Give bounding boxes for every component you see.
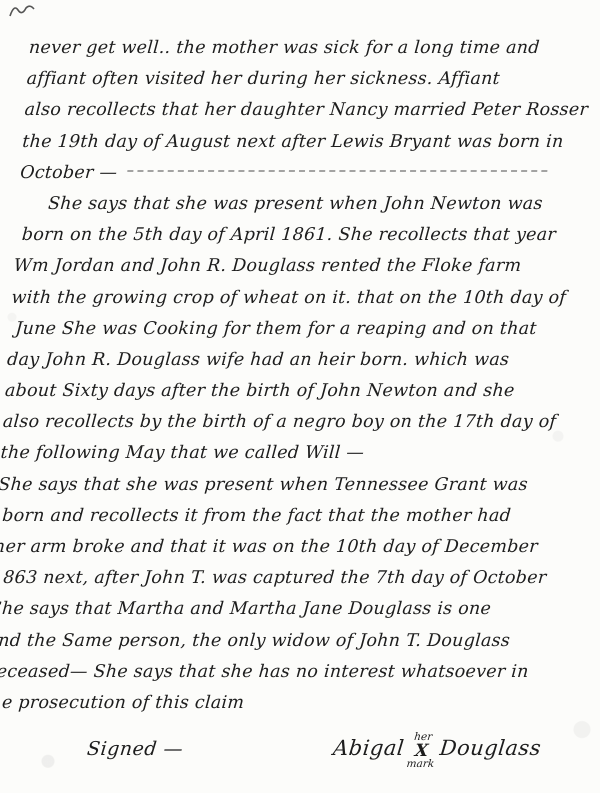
line-text: day John R. Douglass wife had an heir bo… — [6, 350, 510, 370]
line-text: born and recollects it from the fact tha… — [2, 506, 512, 526]
scanned-document-page: never get well.. the mother was sick for… — [0, 0, 600, 793]
handwritten-line: the 19th day of August next after Lewis … — [21, 127, 579, 158]
dashed-rule — [127, 169, 547, 172]
line-text: She says that Martha and Martha Jane Dou… — [0, 599, 492, 619]
mark-word-below: mark — [406, 759, 435, 770]
signature: Abigal her X mark Douglass — [332, 722, 544, 760]
signature-row: Signed — Abigal her X mark Douglass — [28, 722, 588, 760]
line-text: also recollects that her daughter Nancy … — [24, 100, 589, 120]
line-text: deceased— She says that she has no inter… — [0, 662, 529, 682]
x-mark-symbol: X — [414, 743, 429, 759]
line-text: and the Same person, the only widow of J… — [0, 631, 511, 651]
line-text: the following May that we called Will — — [0, 443, 365, 463]
signed-label: Signed — — [86, 738, 184, 760]
line-text: born on the 5th day of April 1861. She r… — [21, 225, 557, 245]
line-text: June She was Cooking for them for a reap… — [15, 319, 538, 339]
line-text: affiant often visited her during her sic… — [26, 69, 501, 89]
handwritten-line: also recollects that her daughter Nancy … — [23, 95, 581, 126]
line-text: the 19th day of August next after Lewis … — [22, 132, 564, 152]
line-text: the prosecution of this claim — [0, 693, 245, 713]
handwritten-line: October — — [19, 158, 577, 189]
ink-scribble-mark — [8, 2, 42, 20]
signature-last-name: Douglass — [439, 736, 543, 760]
line-text: 1863 next, after John T. was captured th… — [0, 568, 547, 588]
handwritten-line: never get well.. the mother was sick for… — [28, 33, 586, 64]
line-text: also recollects by the birth of a negro … — [2, 412, 557, 432]
handwritten-line: and the Same person, the only widow of J… — [0, 626, 545, 657]
handwritten-line: also recollects by the birth of a negro … — [2, 407, 560, 438]
handwritten-line: deceased— She says that she has no inter… — [0, 657, 542, 688]
handwritten-line: She says that she was present when Tenne… — [0, 470, 555, 501]
handwritten-line: with the growing crop of wheat on it. th… — [10, 283, 568, 314]
handwritten-line: about Sixty days after the birth of John… — [4, 376, 562, 407]
handwritten-line: She says that she was present when John … — [17, 189, 575, 220]
line-text: with the growing crop of wheat on it. th… — [11, 288, 567, 308]
handwritten-line: day John R. Douglass wife had an heir bo… — [6, 345, 564, 376]
handwritten-text-block: never get well.. the mother was sick for… — [0, 33, 586, 719]
handwritten-line: the prosecution of this claim — [0, 688, 540, 719]
handwritten-line: Wm Jordan and John R. Douglass rented th… — [13, 251, 571, 282]
line-text: October — — [20, 163, 118, 183]
line-text: She says that she was present when Tenne… — [0, 475, 529, 495]
line-text: her arm broke and that it was on the 10t… — [0, 537, 539, 557]
line-text: about Sixty days after the birth of John… — [4, 381, 515, 401]
line-text: Wm Jordan and John R. Douglass rented th… — [13, 256, 522, 276]
line-text: never get well.. the mother was sick for… — [28, 38, 540, 58]
handwritten-line: born and recollects it from the fact tha… — [0, 501, 553, 532]
handwritten-line: the following May that we called Will — — [0, 438, 558, 469]
handwritten-line: 1863 next, after John T. was captured th… — [0, 563, 549, 594]
her-mark-stack: her X mark — [406, 732, 438, 770]
handwritten-line: affiant often visited her during her sic… — [26, 64, 584, 95]
handwritten-line: her arm broke and that it was on the 10t… — [0, 532, 551, 563]
handwritten-line: June She was Cooking for them for a reap… — [8, 314, 566, 345]
handwritten-line: She says that Martha and Martha Jane Dou… — [0, 594, 547, 625]
line-text: She says that she was present when John … — [47, 194, 543, 214]
signature-first-name: Abigal — [332, 736, 406, 760]
handwritten-line: born on the 5th day of April 1861. She r… — [15, 220, 573, 251]
